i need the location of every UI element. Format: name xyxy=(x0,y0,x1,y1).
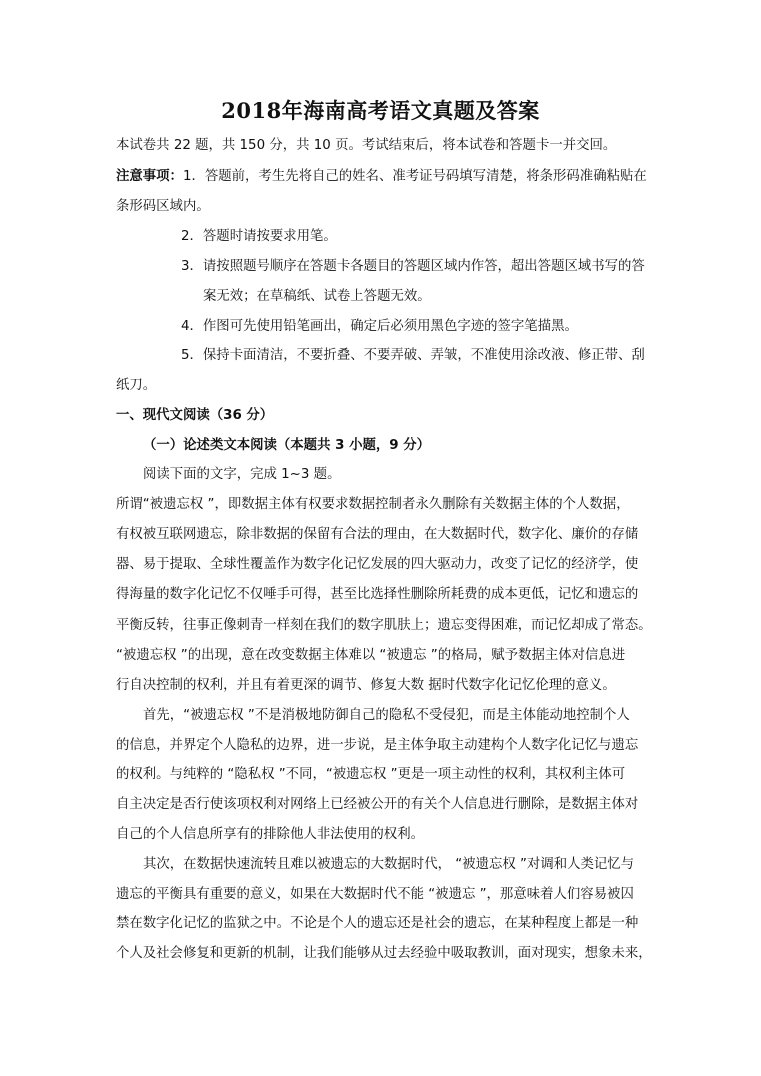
notice-item-5: 5．保持卡面清洁，不要折叠、不要弄破、弄皱，不准使用涂改液、修正带、刮 xyxy=(181,347,645,365)
reading-instruction: 阅读下面的文字，完成 1~3 题。 xyxy=(143,466,340,484)
paragraph-1-line: 平衡反转，往事正像刺青一样刻在我们的数字肌肤上；遗忘变得困难，而记忆却成了常态。 xyxy=(116,617,652,635)
paragraph-1-line: 器、易于提取、全球性覆盖作为数字化记忆发展的四大驱动力，改变了记忆的经济学，使 xyxy=(116,556,638,574)
notice-item-4: 4．作图可先使用铅笔画出，确定后必须用黑色字迹的签字笔描黑。 xyxy=(181,318,578,336)
paragraph-3-line: 禁在数字化记忆的监狱之中。不论是个人的遗忘还是社会的遗忘，在某种程度上都是一种 xyxy=(116,915,638,933)
paragraph-2-line: 的权利。与纯粹的 “隐私权 ”不同，“被遗忘权 ”更是一项主动性的权利，其权利主… xyxy=(116,766,625,784)
notice-item-3: 3．请按照题号顺序在答题卡各题目的答题区域内作答，超出答题区域书写的答 xyxy=(181,258,645,276)
paragraph-1-line: 行自决控制的权利，并且有着更深的调节、修复大数 据时代数字化记忆伦理的意义。 xyxy=(116,677,616,695)
notice-item-5-cont: 纸刀。 xyxy=(116,377,156,395)
paragraph-1-line: 所谓“被遗忘权 ”，即数据主体有权要求数据控制者永久删除有关数据主体的个人数据， xyxy=(116,496,630,514)
notice-item-1: 注意事项：1．答题前，考生先将自己的姓名、准考证号码填写清楚，将条形码准确粘贴在 xyxy=(116,168,647,186)
notice-item-3-cont: 案无效；在草稿纸、试卷上答题无效。 xyxy=(203,288,431,306)
notice-item-1-cont: 条形码区域内。 xyxy=(116,198,210,216)
paragraph-3-line: 个人及社会修复和更新的机制，让我们能够从过去经验中吸取教训，面对现实，想象未来， xyxy=(116,945,652,963)
paragraph-2-line: 自己的个人信息所享有的排除他人非法使用的权利。 xyxy=(116,826,424,844)
paragraph-1-line: “被遗忘权 ”的出现，意在改变数据主体难以 “被遗忘 ”的格局，赋予数据主体对信… xyxy=(116,647,625,665)
paragraph-2-line: 自主决定是否行使该项权利对网络上已经被公开的有关个人信息进行删除，是数据主体对 xyxy=(116,796,638,814)
paragraph-3-line: 遗忘的平衡具有重要的意义，如果在大数据时代不能 “被遗忘 ”，那意味着人们容易被… xyxy=(116,886,634,904)
intro-text: 本试卷共 22 题，共 150 分，共 10 页。考试结束后，将本试卷和答题卡一… xyxy=(116,137,616,155)
notice-label: 注意事项： xyxy=(116,169,183,184)
notice-item-1-text: 1．答题前，考生先将自己的姓名、准考证号码填写清楚，将条形码准确粘贴在 xyxy=(183,169,647,184)
document-page: 2018年海南高考语文真题及答案 本试卷共 22 题，共 150 分，共 10 … xyxy=(0,0,761,1076)
paragraph-2-line: 的信息，并界定个人隐私的边界，进一步说，是主体争取主动建构个人数字化记忆与遗忘 xyxy=(116,737,638,755)
notice-item-2: 2．答题时请按要求用笔。 xyxy=(181,228,337,246)
paragraph-1-line: 得海量的数字化记忆不仅唾手可得，甚至比选择性删除所耗费的成本更低，记忆和遗忘的 xyxy=(116,586,638,604)
document-title: 2018年海南高考语文真题及答案 xyxy=(0,95,761,125)
subsection-heading: （一）论述类文本阅读（本题共 3 小题，9 分） xyxy=(143,437,430,455)
paragraph-2-line: 首先，“被遗忘权 ”不是消极地防御自己的隐私不受侵犯，而是主体能动地控制个人 xyxy=(143,707,630,725)
section-heading: 一、现代文阅读（36 分） xyxy=(116,407,273,425)
paragraph-1-line: 有权被互联网遗忘，除非数据的保留有合法的理由，在大数据时代，数字化、廉价的存储 xyxy=(116,526,638,544)
paragraph-3-line: 其次，在数据快速流转且难以被遗忘的大数据时代， “被遗忘权 ”对调和人类记忆与 xyxy=(143,856,634,874)
